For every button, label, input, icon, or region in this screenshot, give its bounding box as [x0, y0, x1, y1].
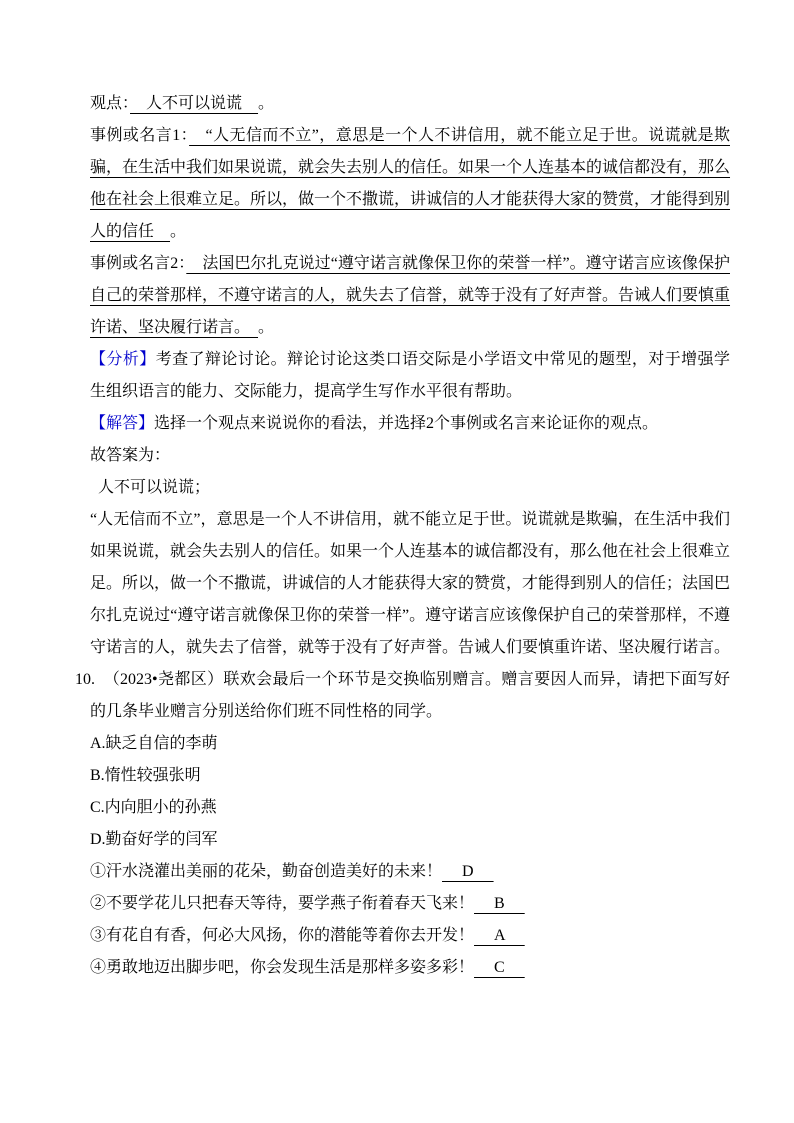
explanation-text: 选择一个观点来说说你的看法，并选择2个事例或名言来论证你的观点。: [154, 415, 658, 432]
option-d-text: D.勤奋好学的闫军: [90, 831, 218, 848]
answer-intro-line: 故答案为：: [90, 440, 730, 472]
example-2-answer: 法国巴尔扎克说过“遵守诺言就像保卫你的荣誉一样”。遵守诺言应该像保护自己的荣誉那…: [90, 255, 730, 336]
gift-message-4-text: ④勇敢地迈出脚步吧，你会发现生活是那样多姿多彩！: [90, 959, 474, 976]
document-content: 观点： 人不可以说谎 。事例或名言1： “人无信而不立”，意思是一个人不讲信用，…: [90, 88, 730, 984]
viewpoint-label: 观点：: [90, 95, 130, 112]
viewpoint-line: 观点： 人不可以说谎 。: [90, 88, 730, 120]
question-text: （2023•尧都区）联欢会最后一个环节是交换临别赠言。赠言要因人而异，请把下面写…: [90, 671, 730, 720]
example-1-line: 事例或名言1： “人无信而不立”，意思是一个人不讲信用，就不能立足于世。说谎就是…: [90, 120, 730, 248]
explanation-label: 【解答】: [90, 415, 154, 432]
analysis-label: 【分析】: [90, 351, 156, 368]
answer-intro-text: 故答案为：: [90, 447, 170, 464]
gift-message-1-text: ①汗水浇灌出美丽的花朵，勤奋创造美好的未来！: [90, 863, 442, 880]
gift-message-3: ③有花自有香，何必大风扬，你的潜能等着你去开发！ A: [90, 920, 730, 952]
explanation-paragraph: 【解答】选择一个观点来说说你的看法，并选择2个事例或名言来论证你的观点。: [90, 408, 730, 440]
blank-answer-2: B: [474, 895, 525, 912]
gift-message-4: ④勇敢地迈出脚步吧，你会发现生活是那样多姿多彩！ C: [90, 952, 730, 984]
answer-body-text: “人无信而不立”，意思是一个人不讲信用，就不能立足于世。说谎就是欺骗，在生活中我…: [90, 511, 730, 656]
option-b: B.惰性较强张明: [90, 760, 730, 792]
analysis-paragraph: 【分析】考查了辩论讨论。辩论讨论这类口语交际是小学语文中常见的题型，对于增强学生…: [90, 344, 730, 408]
viewpoint-answer: 人不可以说谎: [130, 95, 258, 112]
answer-viewpoint-line: 人不可以说谎；: [90, 472, 730, 504]
period: 。: [258, 319, 274, 336]
gift-message-3-text: ③有花自有香，何必大风扬，你的潜能等着你去开发！: [90, 927, 474, 944]
example-1-label: 事例或名言1：: [90, 127, 189, 144]
example-2-label: 事例或名言2：: [90, 255, 186, 272]
blank-answer-1: D: [442, 863, 494, 880]
gift-message-2-text: ②不要学花儿只把春天等待，要学燕子衔着春天飞来！: [90, 895, 474, 912]
example-2-line: 事例或名言2： 法国巴尔扎克说过“遵守诺言就像保卫你的荣誉一样”。遵守诺言应该像…: [90, 248, 730, 344]
analysis-text: 考查了辩论讨论。辩论讨论这类口语交际是小学语文中常见的题型，对于增强学生组织语言…: [90, 351, 730, 400]
gift-message-1: ①汗水浇灌出美丽的花朵，勤奋创造美好的未来！ D: [90, 856, 730, 888]
question-number: 10.: [75, 671, 95, 688]
blank-answer-4: C: [474, 959, 525, 976]
document-page: 观点： 人不可以说谎 。事例或名言1： “人无信而不立”，意思是一个人不讲信用，…: [0, 0, 794, 1123]
blank-answer-3: A: [474, 927, 525, 944]
question-10-stem: 10. （2023•尧都区）联欢会最后一个环节是交换临别赠言。赠言要因人而异，请…: [90, 664, 730, 728]
option-a-text: A.缺乏自信的李萌: [90, 735, 218, 752]
answer-body-paragraph: “人无信而不立”，意思是一个人不讲信用，就不能立足于世。说谎就是欺骗，在生活中我…: [90, 504, 730, 664]
gift-message-2: ②不要学花儿只把春天等待，要学燕子衔着春天飞来！ B: [90, 888, 730, 920]
option-c-text: C.内向胆小的孙燕: [90, 799, 217, 816]
answer-viewpoint-text: 人不可以说谎；: [98, 479, 210, 496]
option-d: D.勤奋好学的闫军: [90, 824, 730, 856]
period: 。: [258, 95, 274, 112]
option-a: A.缺乏自信的李萌: [90, 728, 730, 760]
period: 。: [170, 223, 186, 240]
option-b-text: B.惰性较强张明: [90, 767, 201, 784]
option-c: C.内向胆小的孙燕: [90, 792, 730, 824]
